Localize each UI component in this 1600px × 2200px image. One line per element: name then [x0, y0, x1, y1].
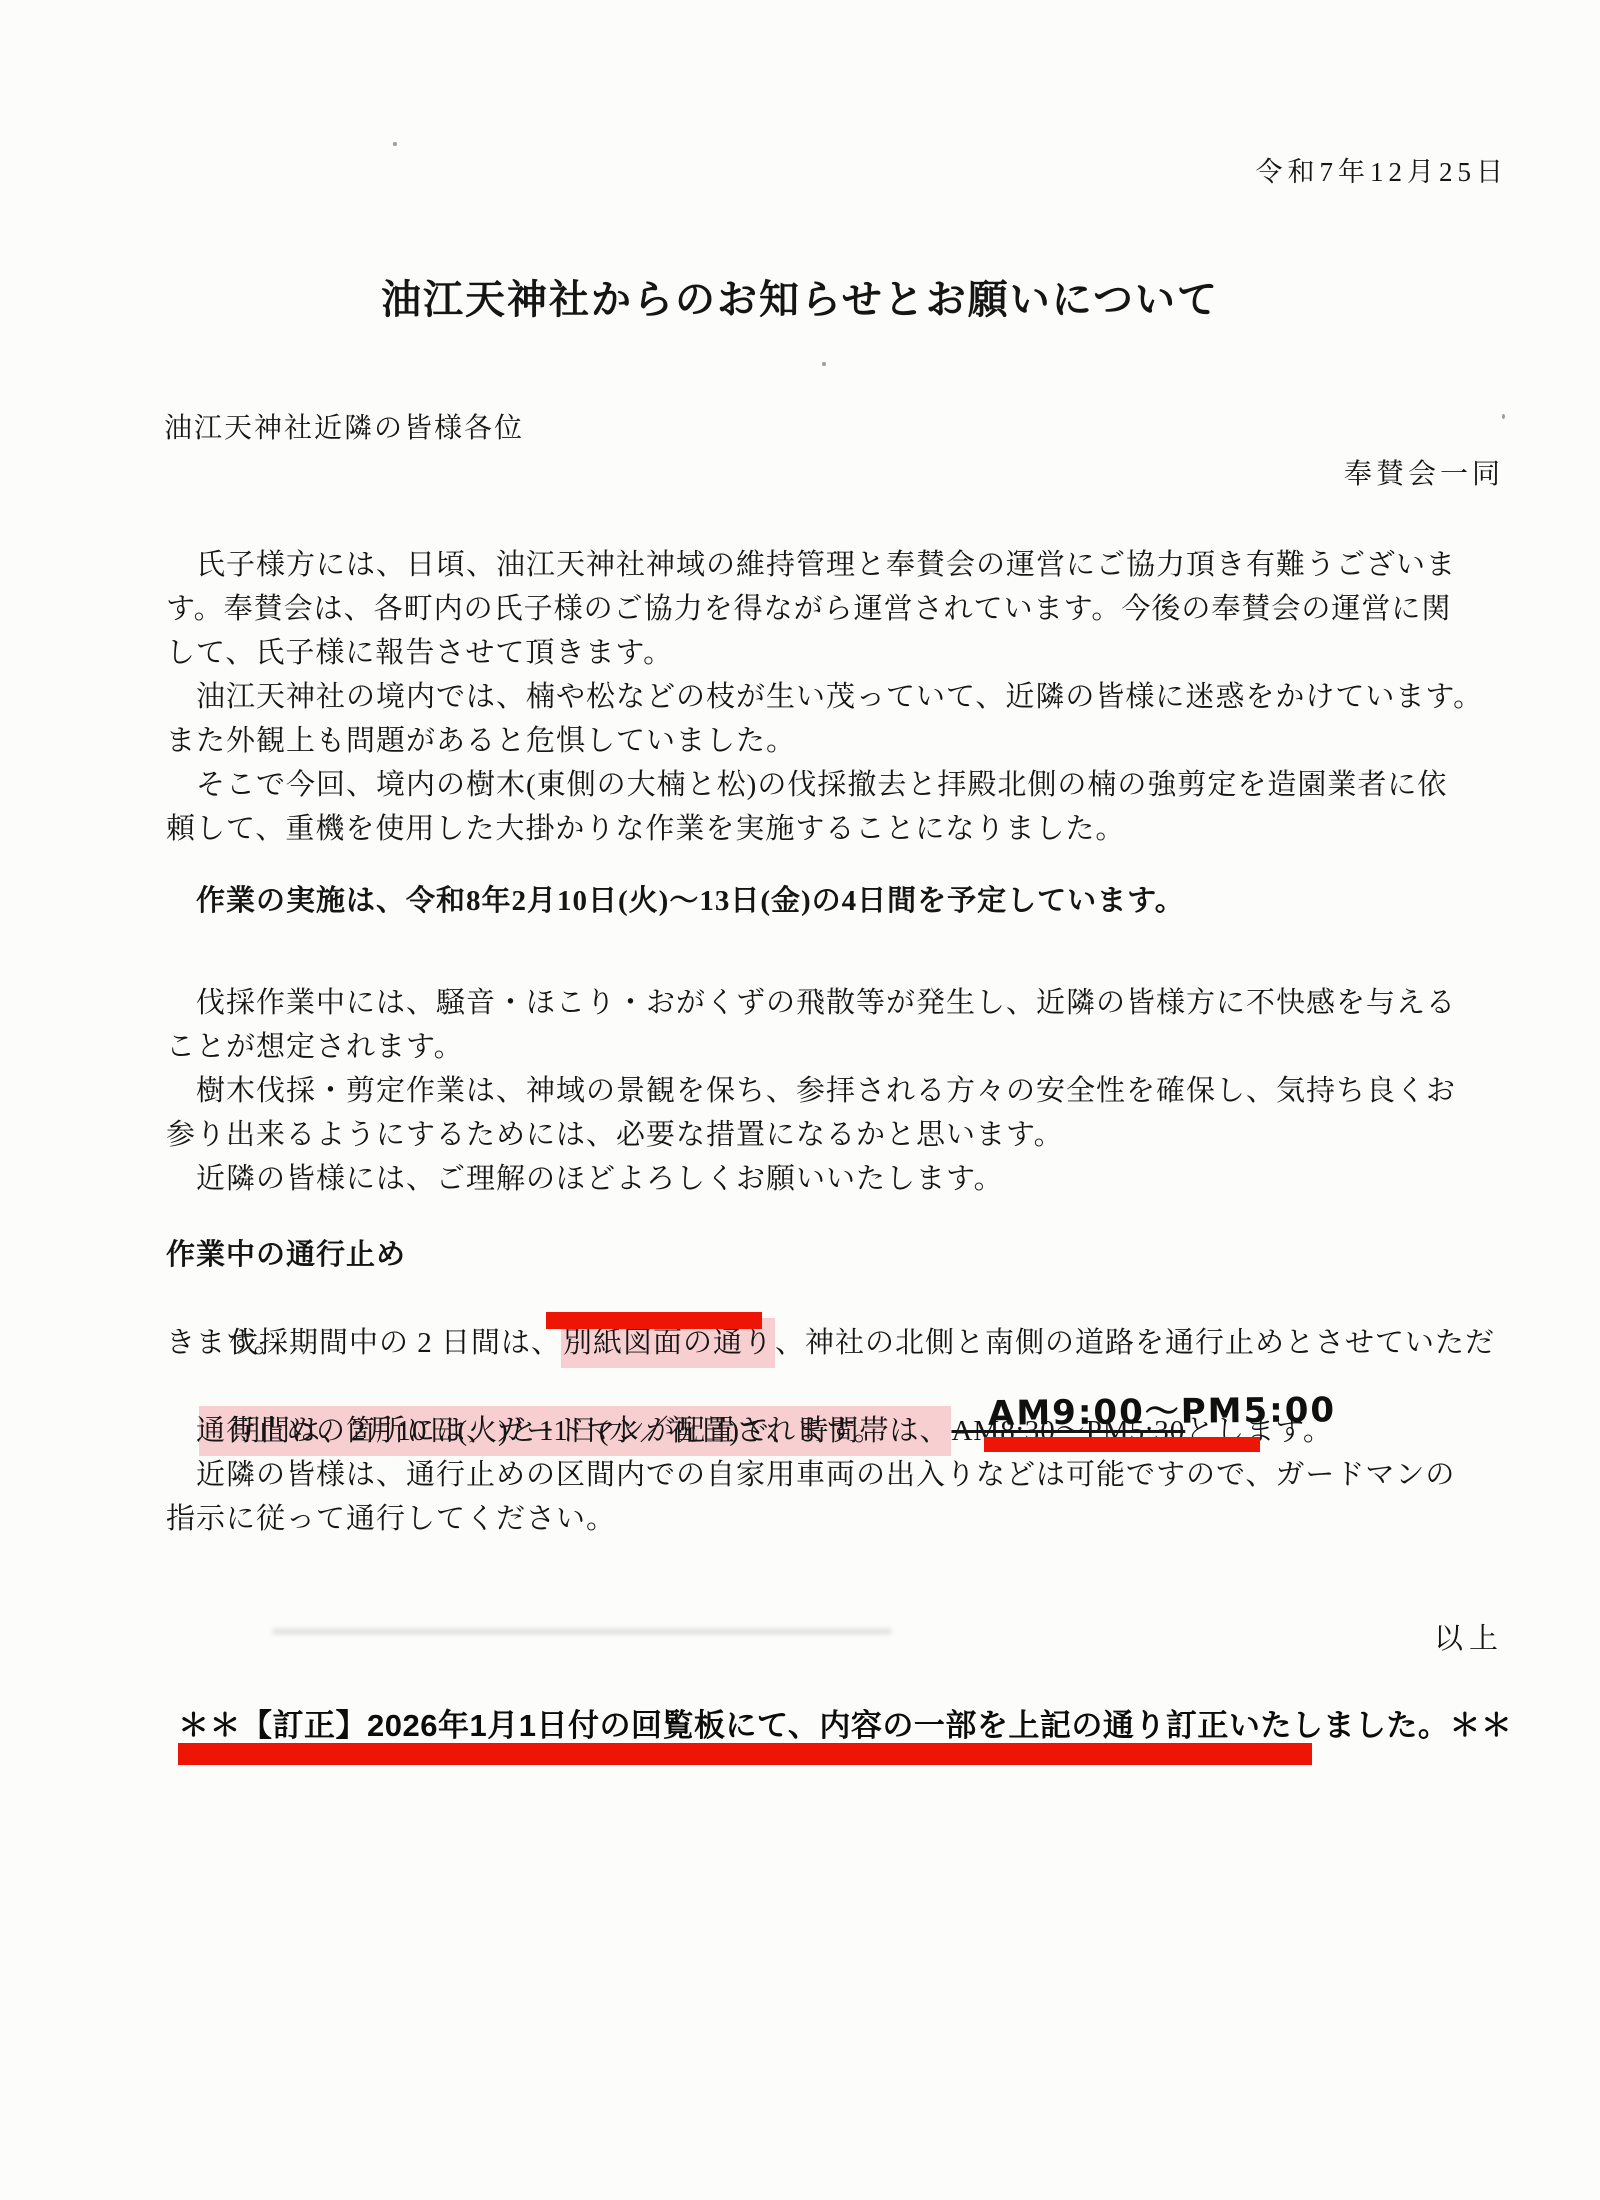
- scan-speck: [393, 142, 397, 146]
- body-line: ことが想定されます。: [166, 1025, 464, 1069]
- closure-section-heading: 作業中の通行止め: [166, 1233, 406, 1277]
- body-line: 油江天神社の境内では、楠や松などの枝が生い茂っていて、近隣の皆様に迷惑をかけてい…: [166, 675, 1483, 719]
- body-line: 氏子様方には、日頃、油江天神社神域の維持管理と奉賛会の運営にご協力頂き有難うござ…: [166, 543, 1456, 587]
- red-underline-attachment-reference: [546, 1312, 762, 1329]
- closure-line-4: 通行止めの箇所には、ガードマンが配置されます。: [166, 1409, 884, 1453]
- scan-speck: [1502, 414, 1505, 419]
- body-line: 頼して、重機を使用した大掛かりな作業を実施することになりました。: [166, 807, 1125, 851]
- closure-line-5: 近隣の皆様は、通行止めの区間内での自家用車両の出入りなどは可能ですので、ガードマ…: [166, 1453, 1455, 1497]
- closure-line-1-post: 、神社の北側と南側の道路を通行止めとさせていただ: [775, 1327, 1495, 1359]
- body-line: 樹木伐採・剪定作業は、神域の景観を保ち、参拝される方々の安全性を確保し、気持ち良…: [166, 1069, 1456, 1113]
- handwritten-corrected-time: AM9:00～PM5:00: [988, 1382, 1337, 1435]
- scan-smudge: [272, 1628, 892, 1635]
- closing-ijou: 以上: [1434, 1616, 1504, 1657]
- body-line: 伐採作業中には、騒音・ほこり・おがくずの飛散等が発生し、近隣の皆様方に不快感を与…: [166, 981, 1456, 1025]
- page-title: 油江天神社からのお知らせとお願いについて: [0, 268, 1600, 325]
- body-line: す。奉賛会は、各町内の氏子様のご協力を得ながら運営されています。今後の奉賛会の運…: [166, 587, 1451, 631]
- closure-line-2: きます。: [166, 1321, 284, 1365]
- scan-speck: [822, 362, 826, 366]
- body-line: 近隣の皆様には、ご理解のほどよろしくお願いいたします。: [166, 1157, 1004, 1201]
- sender-line: 奉賛会一同: [1344, 452, 1504, 492]
- body-line: して、氏子様に報告させて頂きます。: [166, 631, 673, 675]
- scanned-notice-page: 令和7年12月25日 油江天神社からのお知らせとお願いについて 油江天神社近隣の…: [0, 0, 1600, 2200]
- addressee-line: 油江天神社近隣の皆様各位: [164, 406, 524, 446]
- document-date: 令和7年12月25日: [1256, 150, 1509, 189]
- red-underline-corrected-time: [984, 1437, 1260, 1452]
- correction-notice: ＊＊【訂正】2026年1月1日付の回覧板にて、内容の一部を上記の通り訂正いたしま…: [178, 1700, 1512, 1745]
- body-line: また外観上も問題があると危惧していました。: [166, 719, 796, 763]
- body-line: そこで今回、境内の樹木(東側の大楠と松)の伐採撤去と拝殿北側の楠の強剪定を造園業…: [166, 763, 1447, 807]
- body-line: 参り出来るようにするためには、必要な措置になるかと思います。: [166, 1113, 1064, 1157]
- red-underline-correction-notice: [178, 1743, 1312, 1765]
- closure-line-6: 指示に従って通行してください。: [166, 1497, 616, 1541]
- work-schedule-line: 作業の実施は、令和8年2月10日(火)～13日(金)の4日間を予定しています。: [166, 879, 1185, 923]
